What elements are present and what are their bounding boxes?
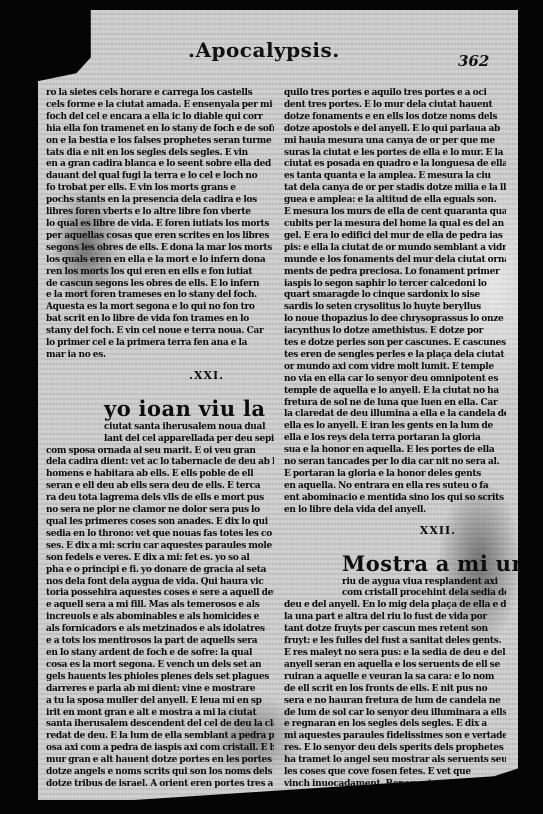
text-line: ments de pedra preciosa. Lo fonament pri… [284, 267, 506, 279]
text-line: on e la bestia e los falses prophetes se… [46, 136, 274, 148]
text-line: lo primer cel e la primera terra fen ana… [46, 338, 274, 350]
text-line: libres foren vberts e lo altre libre fon… [46, 207, 274, 219]
chapter-number-xxi: .XXI. [46, 370, 274, 382]
text-line: ella es lo anyell. E iran les gents en l… [284, 421, 506, 433]
text-line: iaspis lo segon saphir lo tercer calcedo… [284, 279, 506, 291]
text-line: en a gran cadira blanca e lo seent sobre… [46, 159, 274, 171]
right-column-text-top: quilo tres portes e aquilo tres portes e… [284, 88, 506, 517]
text-line: per aquellas cosas que eren scrites en l… [46, 231, 274, 243]
text-line: cubits per la mesura del home la qual es… [284, 219, 506, 231]
text-line: Aquesta es la mort segona e lo qui no fo… [46, 302, 274, 314]
text-line: lant del cel apparellada per deu sepi [46, 434, 274, 446]
text-line: ella e los reys dela terra portaran la g… [284, 433, 506, 445]
text-line: ciutat es posada en quadro e la longuesa… [284, 159, 506, 171]
text-line: tat dela canya de or per stadis dotze mi… [284, 183, 506, 195]
text-line: sedia en lo throno: vet que nouas fas to… [46, 529, 274, 541]
text-line: qual les primeres coses son anades. E di… [46, 517, 274, 529]
text-line: anyell seran en aquella e los seruents d… [284, 660, 506, 672]
text-line: deu e del anyell. En lo mig dela plaça d… [284, 600, 506, 612]
text-line: munde e los fonaments del mur dela ciuta… [284, 255, 506, 267]
text-line: darreres e parla ab mi dient: vine e mos… [46, 684, 274, 696]
text-line: osa axi com a pedra de iaspis axi com cr… [46, 743, 274, 755]
text-line: mar ia no es. [46, 350, 274, 362]
text-line: tes e dotze perles son per cascunes. E c… [284, 338, 506, 350]
text-line: seran e ell deu ab ells sera deu de ells… [46, 481, 274, 493]
text-line: mur gran e alt hauent dotze portes en le… [46, 755, 274, 767]
text-line: tant dotze fruyts per cascun mes retent … [284, 624, 506, 636]
text-line: nos dela font dela aygua de vida. Qui ha… [46, 577, 274, 589]
text-line: e aquell sera a mi fill. Mas als temeros… [46, 600, 274, 612]
text-line: E mesura los murs de ella de cent quaran… [284, 207, 506, 219]
text-line: gel. E era lo edifici del mur de ella de… [284, 231, 506, 243]
text-line: los quals eren en ella e la mort e lo in… [46, 255, 274, 267]
text-line: lo noue thopazius lo dee chrysoprassus l… [284, 314, 506, 326]
running-head: .Apocalypsis. [188, 38, 340, 62]
text-line: cels forme e la ciutat amada. E ensenyal… [46, 100, 274, 112]
text-line: tats dia e nit en los segles dels segles… [46, 148, 274, 160]
text-line: com cristall procehint dela sedia de [284, 588, 506, 600]
text-line: increuols e als abominables e als homici… [46, 612, 274, 624]
text-line: pis: e ella la ciutat de or mundo sembla… [284, 243, 506, 255]
left-column-text-top: ro la sietes cels horare e carrega los c… [46, 88, 274, 362]
text-line: suras la ciutat e les portes de ella e l… [284, 148, 506, 160]
text-line: homens e habitara ab ells. E ells poble … [46, 469, 274, 481]
text-line: ses. E dix a mi: scriu car aquestes para… [46, 541, 274, 553]
text-line: cosa es la mort segona. E vench un dels … [46, 660, 274, 672]
text-line: or mundo axi com vidre molt lumit. E tem… [284, 362, 506, 374]
text-line: dent tres portes. E lo mur dela ciutat h… [284, 100, 506, 112]
text-line: fruyt: e les fulles del fust a sanitat d… [284, 636, 506, 648]
text-line: irit en mont gran e alt e mostra a mi la… [46, 708, 274, 720]
text-line: sardis lo seten crysolitus lo huyte bery… [284, 302, 506, 314]
scanned-page: .Apocalypsis. 362 ro la sietes cels hora… [38, 10, 518, 800]
left-column: ro la sietes cels horare e carrega los c… [46, 88, 274, 791]
text-line: e a tots los mentirosos la part de aquel… [46, 636, 274, 648]
text-line: pha e o principi e fi. yo donare de grac… [46, 565, 274, 577]
text-line: tes eren de sengles perles e la plaça de… [284, 350, 506, 362]
text-line: quilo tres portes e aquilo tres portes e… [284, 88, 506, 100]
text-line: son fedels e veres. E dix a mi: fet es. … [46, 553, 274, 565]
text-line: temple de aquella e lo anyell. E la ciut… [284, 386, 506, 398]
text-line: segons les obres de ells. E dona la mar … [46, 243, 274, 255]
text-line: gels hauents les phioles plenes dels set… [46, 672, 274, 684]
text-line: als fornicadors e als metzinados e als i… [46, 624, 274, 636]
text-line: les coses que cove fosen fetes. E vet qu… [284, 767, 506, 779]
folio-number: 362 [458, 52, 489, 70]
text-line: E portaran la gloria e la honor deles ge… [284, 469, 506, 481]
text-line: a tu la sposa muller del anyell. E leua … [46, 696, 274, 708]
text-line: dotze apostols e del anyell. E lo qui pa… [284, 124, 506, 136]
text-line: ruiran a aquelle e veuran la sa cara: e … [284, 672, 506, 684]
text-line: e la mort foren trameses en lo stany del… [46, 290, 274, 302]
text-line: foch del cel e encara a ella ic lo diabl… [46, 112, 274, 124]
text-line: ren los morts los qui eren en ells e fon… [46, 267, 274, 279]
text-line: stany del foch. E vin cel noue e terra n… [46, 326, 274, 338]
text-line: santa iherusalem descendent del cel de d… [46, 719, 274, 731]
text-line: e regnaran en los segles dels segles. E … [284, 719, 506, 731]
text-line: no seran tancades per lo dia car nit no … [284, 457, 506, 469]
text-line: lo qual es libre de vida. E foren iutiat… [46, 219, 274, 231]
right-column: quilo tres portes e aquilo tres portes e… [284, 88, 506, 800]
text-line: la claredat de deu illumina a ella e la … [284, 409, 506, 421]
text-line: iacynthus lo dotze amethistus. E dotze p… [284, 326, 506, 338]
text-line: dauant del qual fugi la terra e lo cel e… [46, 171, 274, 183]
text-line: toria possehira aquestes coses e sere a … [46, 588, 274, 600]
text-line: es tanta quanta e la amplea. E mesura la… [284, 171, 506, 183]
text-line: en aquella. No entrara en ella res suteu… [284, 481, 506, 493]
text-line: sera e no hauran fretura de lum de cande… [284, 696, 506, 708]
text-line: no via en ella car lo senyor deu omnipot… [284, 374, 506, 386]
text-line: sua e la honor en aquella. E les portes … [284, 445, 506, 457]
text-line: vinch inuocadament. Benauenturat es lo q… [284, 779, 506, 791]
text-line: no sera ne plor ne clamor ne dolor sera … [46, 505, 274, 517]
text-line: mi aquestes paraules fidelissimes son e … [284, 731, 506, 743]
text-line: redat de deu. E la lum de ella semblant … [46, 731, 274, 743]
text-line: pochs stants en la presencia dela cadira… [46, 195, 274, 207]
text-line: guarda les paraules dela prophecia de aq… [284, 791, 506, 800]
text-line: dotze tribus de israel. A orient eren po… [46, 779, 274, 791]
text-line: en lo stany ardent de foch e de sofre: l… [46, 648, 274, 660]
text-line: fo trobat per ells. E vin los morts gran… [46, 183, 274, 195]
text-line: en lo libre dela vida del anyell. [284, 505, 506, 517]
text-line: ent abominacio e mentida sino los qui so… [284, 493, 506, 505]
text-line: guea e amplea: e la altitud de ella egua… [284, 195, 506, 207]
chapter-incipit: yo ioan viu la [46, 396, 274, 422]
text-line: E res maleyt no sera pus: e la sedia de … [284, 648, 506, 660]
text-line: hia ella fon tramenet en lo stany de foc… [46, 124, 274, 136]
text-line: ra deu tota lagrema dels vlls de ells e … [46, 493, 274, 505]
chapter-incipit: Mostra a mi un [284, 551, 506, 577]
text-line: dotze angels e noms scrits qui son los n… [46, 767, 274, 779]
text-line: riu de aygua viua resplandent axi [284, 577, 506, 589]
text-line: ciutat santa iherusalem noua dual [46, 422, 274, 434]
text-line: fretura de sol ne de luna que luen en el… [284, 398, 506, 410]
text-line: res. E lo senyor deu dels sperits dels p… [284, 743, 506, 755]
text-line: ha tramet lo angel seu mostrar als serue… [284, 755, 506, 767]
right-column-text-after: riu de aygua viua resplandent axicom cri… [284, 577, 506, 800]
text-line: bat scrit en lo libre de vida fon trames… [46, 314, 274, 326]
text-line: ro la sietes cels horare e carrega los c… [46, 88, 274, 100]
left-column-text-after: ciutat santa iherusalem noua duallant de… [46, 422, 274, 791]
text-line: quart smaragde lo cinque sardonix lo sis… [284, 290, 506, 302]
chapter-number-xxii: XXII. [284, 525, 506, 537]
text-line: de ell scrit en los fronts de ells. E ni… [284, 684, 506, 696]
text-line: mi hauia mesura una canya de or per que … [284, 136, 506, 148]
text-line: la una part e altra del riu lo fust de v… [284, 612, 506, 624]
text-line: dotze fonaments e en ells los dotze noms… [284, 112, 506, 124]
text-line: de cascun segons les obres de ells. E lo… [46, 279, 274, 291]
text-line: com sposa ornada al seu marit. E oi veu … [46, 446, 274, 458]
text-line: de lum de sol car lo senyor deu illumina… [284, 708, 506, 720]
text-line: dela cadira dient: vet ac lo tabernacle … [46, 457, 274, 469]
